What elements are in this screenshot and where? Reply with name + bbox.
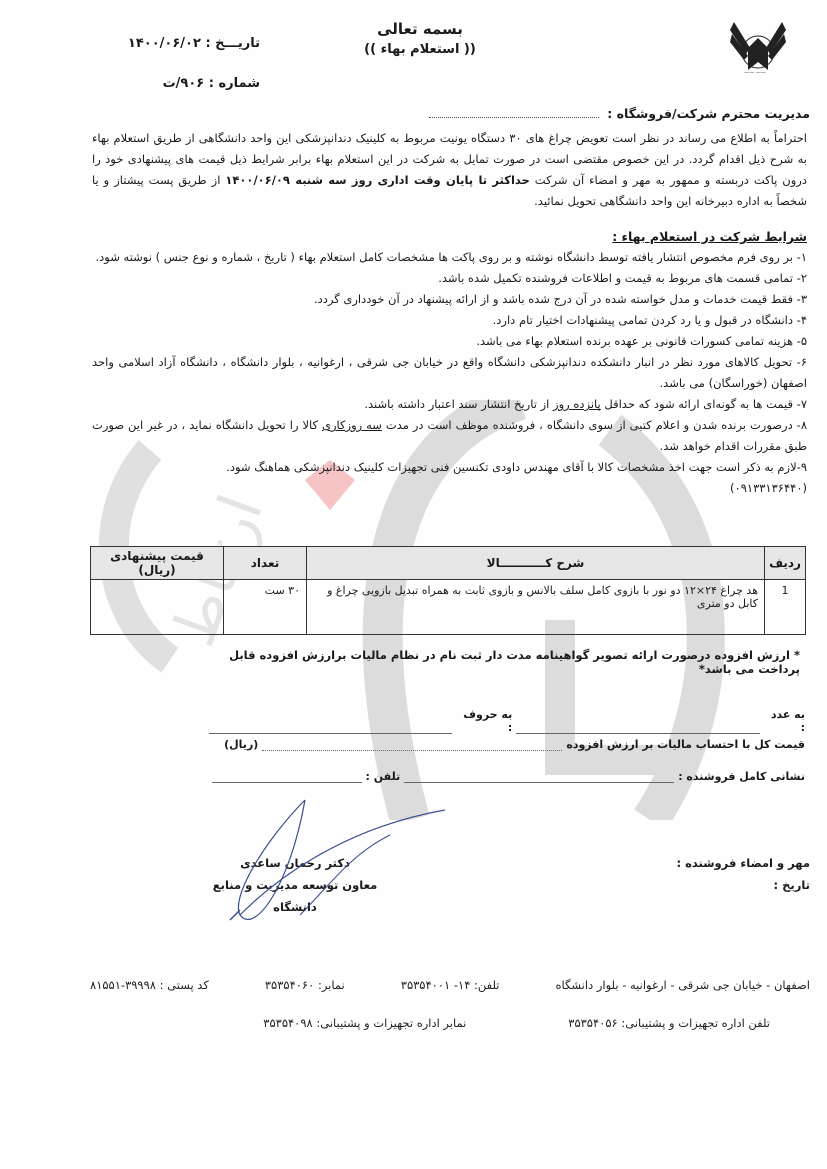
- university-logo-icon: [728, 18, 788, 88]
- seller-signature-section: مهر و امضاء فروشنده : تاریخ :: [640, 852, 810, 896]
- date-value: ۱۴۰۰/۰۶/۰۲: [128, 36, 201, 51]
- official-signatory: دکتر رحمان ساعدی معاون توسعه مدیریت و من…: [200, 852, 390, 918]
- numeric-label: به عدد :: [764, 708, 805, 734]
- total-label: قیمت کل با احتساب مالیات بر ارزش افزوده: [566, 738, 805, 751]
- validity-period: پانزده روز: [553, 397, 601, 411]
- number-label: شماره :: [209, 76, 260, 91]
- seller-date-label: تاریخ :: [640, 874, 810, 896]
- condition-item-8: ۸- درصورت برنده شدن و اعلام کتبی از سوی …: [92, 415, 807, 457]
- address-row: نشانی کامل فروشنده : تلفن :: [205, 770, 805, 783]
- intro-paragraph: احتراماً به اطلاع می رساند در نظر است تع…: [92, 128, 807, 212]
- signatory-title: معاون توسعه مدیریت و منابع دانشگاه: [200, 874, 390, 918]
- total-unit: (ریال): [224, 738, 258, 751]
- numeric-amount-field[interactable]: [516, 721, 759, 734]
- col-description: شرح کـــــــــــالا: [307, 547, 765, 580]
- phone-label: تلفن :: [366, 770, 401, 783]
- condition-item: ۹-لازم به ذکر است جهت اخذ مشخصات کالا با…: [92, 457, 807, 478]
- contact-phone: (۰۹۱۳۳۱۳۶۴۴۰): [92, 478, 807, 499]
- addressee-label: مدیریت محترم شرکت/فروشگاه :: [607, 106, 810, 121]
- table-row: 1 هد چراغ ۲۴×۱۲ دو نور با بازوی کامل سلف…: [91, 580, 806, 635]
- number-value: ۹۰۶/ت: [163, 76, 205, 91]
- conditions-title: شرایط شرکت در استعلام بهاء :: [92, 226, 807, 247]
- total-row: قیمت کل با احتساب مالیات بر ارزش افزوده …: [205, 738, 805, 751]
- col-quantity: تعداد: [224, 547, 307, 580]
- address-label: نشانی کامل فروشنده :: [678, 770, 805, 783]
- addressee-blank: [429, 117, 599, 118]
- table-header-row: ردیف شرح کـــــــــــالا تعداد قیمت پیشن…: [91, 547, 806, 580]
- total-price-field[interactable]: [262, 738, 562, 751]
- bismillah: بسمه تعالی: [300, 20, 540, 38]
- condition-item-7: ۷- قیمت ها به گونه‌ای ارائه شود که حداقل…: [92, 394, 807, 415]
- condition-text: ۸- درصورت برنده شدن و اعلام کتبی از سوی …: [382, 418, 807, 432]
- equipment-fax: نمابر اداره تجهیزات و پشتیبانی: ۳۵۳۵۴۰۹۸: [263, 1016, 466, 1030]
- condition-item: ۵- هزینه تمامی کسورات قانونی بر عهده برن…: [92, 331, 807, 352]
- footer-phone: تلفن: ۱۴- ۳۵۳۵۴۰۰۱: [401, 978, 500, 992]
- amount-row: به عدد : به حروف :: [205, 708, 805, 734]
- item-quantity: ۳۰ ست: [224, 580, 307, 635]
- footer-equipment-contact: تلفن اداره تجهیزات و پشتیبانی: ۳۵۳۵۴۰۵۶ …: [90, 1016, 810, 1030]
- col-row-number: ردیف: [765, 547, 806, 580]
- condition-item: ۱- بر روی فرم مخصوص انتشار یافته توسط دا…: [92, 247, 807, 268]
- delivery-period: سه روزکاری: [322, 418, 382, 432]
- footer-address: اصفهان - خیابان جی شرقی - ارغوانیه - بلو…: [556, 978, 810, 992]
- condition-item: ۲- تمامی قسمت های مربوط به قیمت و اطلاعا…: [92, 268, 807, 289]
- condition-item: ۳- فقط قیمت خدمات و مدل خواسته شده در آن…: [92, 289, 807, 310]
- condition-text: از تاریخ انتشار سند اعتبار داشته باشند.: [364, 397, 553, 411]
- equipment-phone: تلفن اداره تجهیزات و پشتیبانی: ۳۵۳۵۴۰۵۶: [470, 1016, 770, 1030]
- condition-item: ۴- دانشگاه در قبول و یا رد کردن تمامی پی…: [92, 310, 807, 331]
- date-label: تاریـــخ :: [205, 36, 260, 51]
- vat-note: * ارزش افزوده درصورت ارائه تصویر گواهینا…: [200, 648, 800, 676]
- price-input-cell[interactable]: [91, 580, 224, 635]
- footer-postal-code: کد پستی : ۳۹۹۹۸-۸۱۵۵۱: [90, 978, 209, 992]
- logo-caption: —— ——: [730, 70, 780, 76]
- document-page: ارتباط —— —— بسمه تعالی (( استعلام بهاء …: [0, 0, 827, 1169]
- seller-address-field[interactable]: [404, 770, 674, 783]
- addressee: مدیریت محترم شرکت/فروشگاه :: [300, 106, 810, 121]
- item-description: هد چراغ ۲۴×۱۲ دو نور با بازوی کامل سلف ب…: [307, 580, 765, 635]
- seller-phone-field[interactable]: [212, 770, 362, 783]
- conditions-section: شرایط شرکت در استعلام بهاء : ۱- بر روی ف…: [92, 226, 807, 499]
- signatory-name: دکتر رحمان ساعدی: [200, 852, 390, 874]
- number-field: شماره : ۹۰۶/ت: [60, 76, 260, 91]
- document-subtitle: (( استعلام بهاء )): [300, 42, 540, 57]
- footer-fax: نمابر: ۳۵۳۵۴۰۶۰: [265, 978, 345, 992]
- seller-stamp-label: مهر و امضاء فروشنده :: [640, 852, 810, 874]
- header-title: بسمه تعالی (( استعلام بهاء )): [300, 20, 540, 57]
- items-table: ردیف شرح کـــــــــــالا تعداد قیمت پیشن…: [90, 546, 806, 635]
- words-label: به حروف :: [456, 708, 512, 734]
- condition-item: ۶- تحویل کالاهای مورد نظر در انبار دانشک…: [92, 352, 807, 394]
- row-number: 1: [765, 580, 806, 635]
- deadline-text: حداکثر تا پایان وقت اداری روز سه شنبه ۱۴…: [225, 173, 529, 187]
- condition-text: ۷- قیمت ها به گونه‌ای ارائه شود که حداقل: [601, 397, 807, 411]
- date-field: تاریـــخ : ۱۴۰۰/۰۶/۰۲: [60, 36, 260, 51]
- words-amount-field[interactable]: [209, 721, 452, 734]
- col-proposed-price: قیمت پیشنهادی (ریال): [91, 547, 224, 580]
- footer-contact: اصفهان - خیابان جی شرقی - ارغوانیه - بلو…: [90, 978, 810, 992]
